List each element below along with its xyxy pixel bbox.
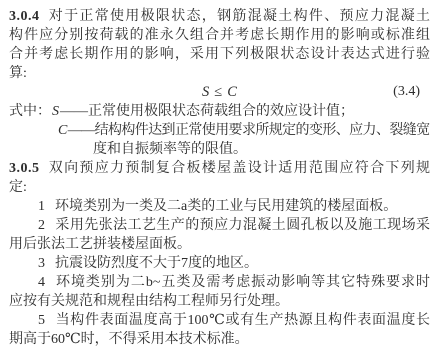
- clause-304-line-3: 合并考虑长期作用的影响，采用下列极限状态设计表达式进行验: [9, 45, 430, 64]
- list-item-4: 4环境类别为二b~五类及需考虑振动影响等其它特殊要求时: [9, 273, 430, 292]
- where-c-dash: ——: [68, 123, 95, 138]
- clause-304-line-2: 构件应分别按荷载的准永久组合并考虑长期作用的影响或标准组: [9, 26, 430, 45]
- clause-304-text-1: 对于正常使用极限状态，钢筋混凝土构件、预应力混凝土: [48, 9, 431, 24]
- where-s-line: 式中：S——正常使用极限状态荷载组合的效应设计值；: [9, 102, 430, 121]
- document-page: 3.0.4对于正常使用极限状态，钢筋混凝土构件、预应力混凝土 构件应分别按荷载的…: [0, 0, 440, 364]
- clause-304-line-1: 3.0.4对于正常使用极限状态，钢筋混凝土构件、预应力混凝土: [9, 7, 430, 26]
- clause-305-line-2: 定:: [9, 178, 430, 197]
- formula-operator: ≤: [214, 84, 222, 100]
- item-5-number: 5: [38, 313, 45, 328]
- formula-rhs: C: [227, 84, 237, 100]
- list-item-4-continuation: 应按有关规范和规程由结构工程师另行处理。: [9, 292, 430, 311]
- item-2-text: 采用先张法工艺生产的预应力混凝土圆孔板以及施工现场采: [55, 218, 430, 233]
- where-label: 式中：: [9, 104, 51, 119]
- list-item-3: 3抗震设防烈度不大于7度的地区。: [9, 254, 430, 273]
- item-3-text: 抗震设防烈度不大于7度的地区。: [55, 256, 258, 271]
- where-c-continuation: 度和自振频率等的限值。: [9, 140, 430, 159]
- formula-expression: S≤C: [202, 84, 237, 100]
- list-item-1: 1环境类别为一类及二a类的工业与民用建筑的楼屋面板。: [9, 197, 430, 216]
- clause-304-number: 3.0.4: [9, 9, 40, 24]
- item-5-text: 当构件表面温度高于100℃或有生产热源且构件表面温度长: [55, 313, 430, 328]
- where-s-dash: ——: [60, 104, 88, 119]
- list-item-2: 2采用先张法工艺生产的预应力混凝土圆孔板以及施工现场采: [9, 216, 430, 235]
- formula-row: S≤C (3.4): [9, 83, 430, 102]
- where-c-text: 结构构件达到正常使用要求所规定的变形、应力、裂缝宽: [95, 123, 430, 138]
- item-4-text: 环境类别为二b~五类及需考虑振动影响等其它特殊要求时: [55, 275, 430, 290]
- where-c-line: C——结构构件达到正常使用要求所规定的变形、应力、裂缝宽: [9, 121, 430, 140]
- clause-305-number: 3.0.5: [9, 161, 40, 176]
- clause-304-line-4: 算:: [9, 64, 430, 83]
- item-1-text: 环境类别为一类及二a类的工业与民用建筑的楼屋面板。: [55, 199, 397, 214]
- item-1-number: 1: [38, 199, 45, 214]
- clause-305-line-1: 3.0.5双向预应力预制复合板楼屋盖设计适用范围应符合下列规: [9, 159, 430, 178]
- item-3-number: 3: [38, 256, 45, 271]
- where-c-symbol: C: [58, 123, 67, 138]
- formula-number: (3.4): [393, 83, 420, 101]
- where-s-symbol: S: [52, 104, 59, 119]
- item-4-number: 4: [38, 275, 45, 290]
- where-s-text: 正常使用极限状态荷载组合的效应设计值；: [88, 104, 354, 119]
- formula-lhs: S: [202, 84, 209, 100]
- clause-305-text-1: 双向预应力预制复合板楼屋盖设计适用范围应符合下列规: [48, 161, 431, 176]
- list-item-5-continuation: 期高于60℃时，不得采用本技术标准。: [9, 330, 430, 349]
- item-2-number: 2: [38, 218, 45, 233]
- list-item-5: 5当构件表面温度高于100℃或有生产热源且构件表面温度长: [9, 311, 430, 330]
- list-item-2-continuation: 用后张法工艺拼装楼屋面板。: [9, 235, 430, 254]
